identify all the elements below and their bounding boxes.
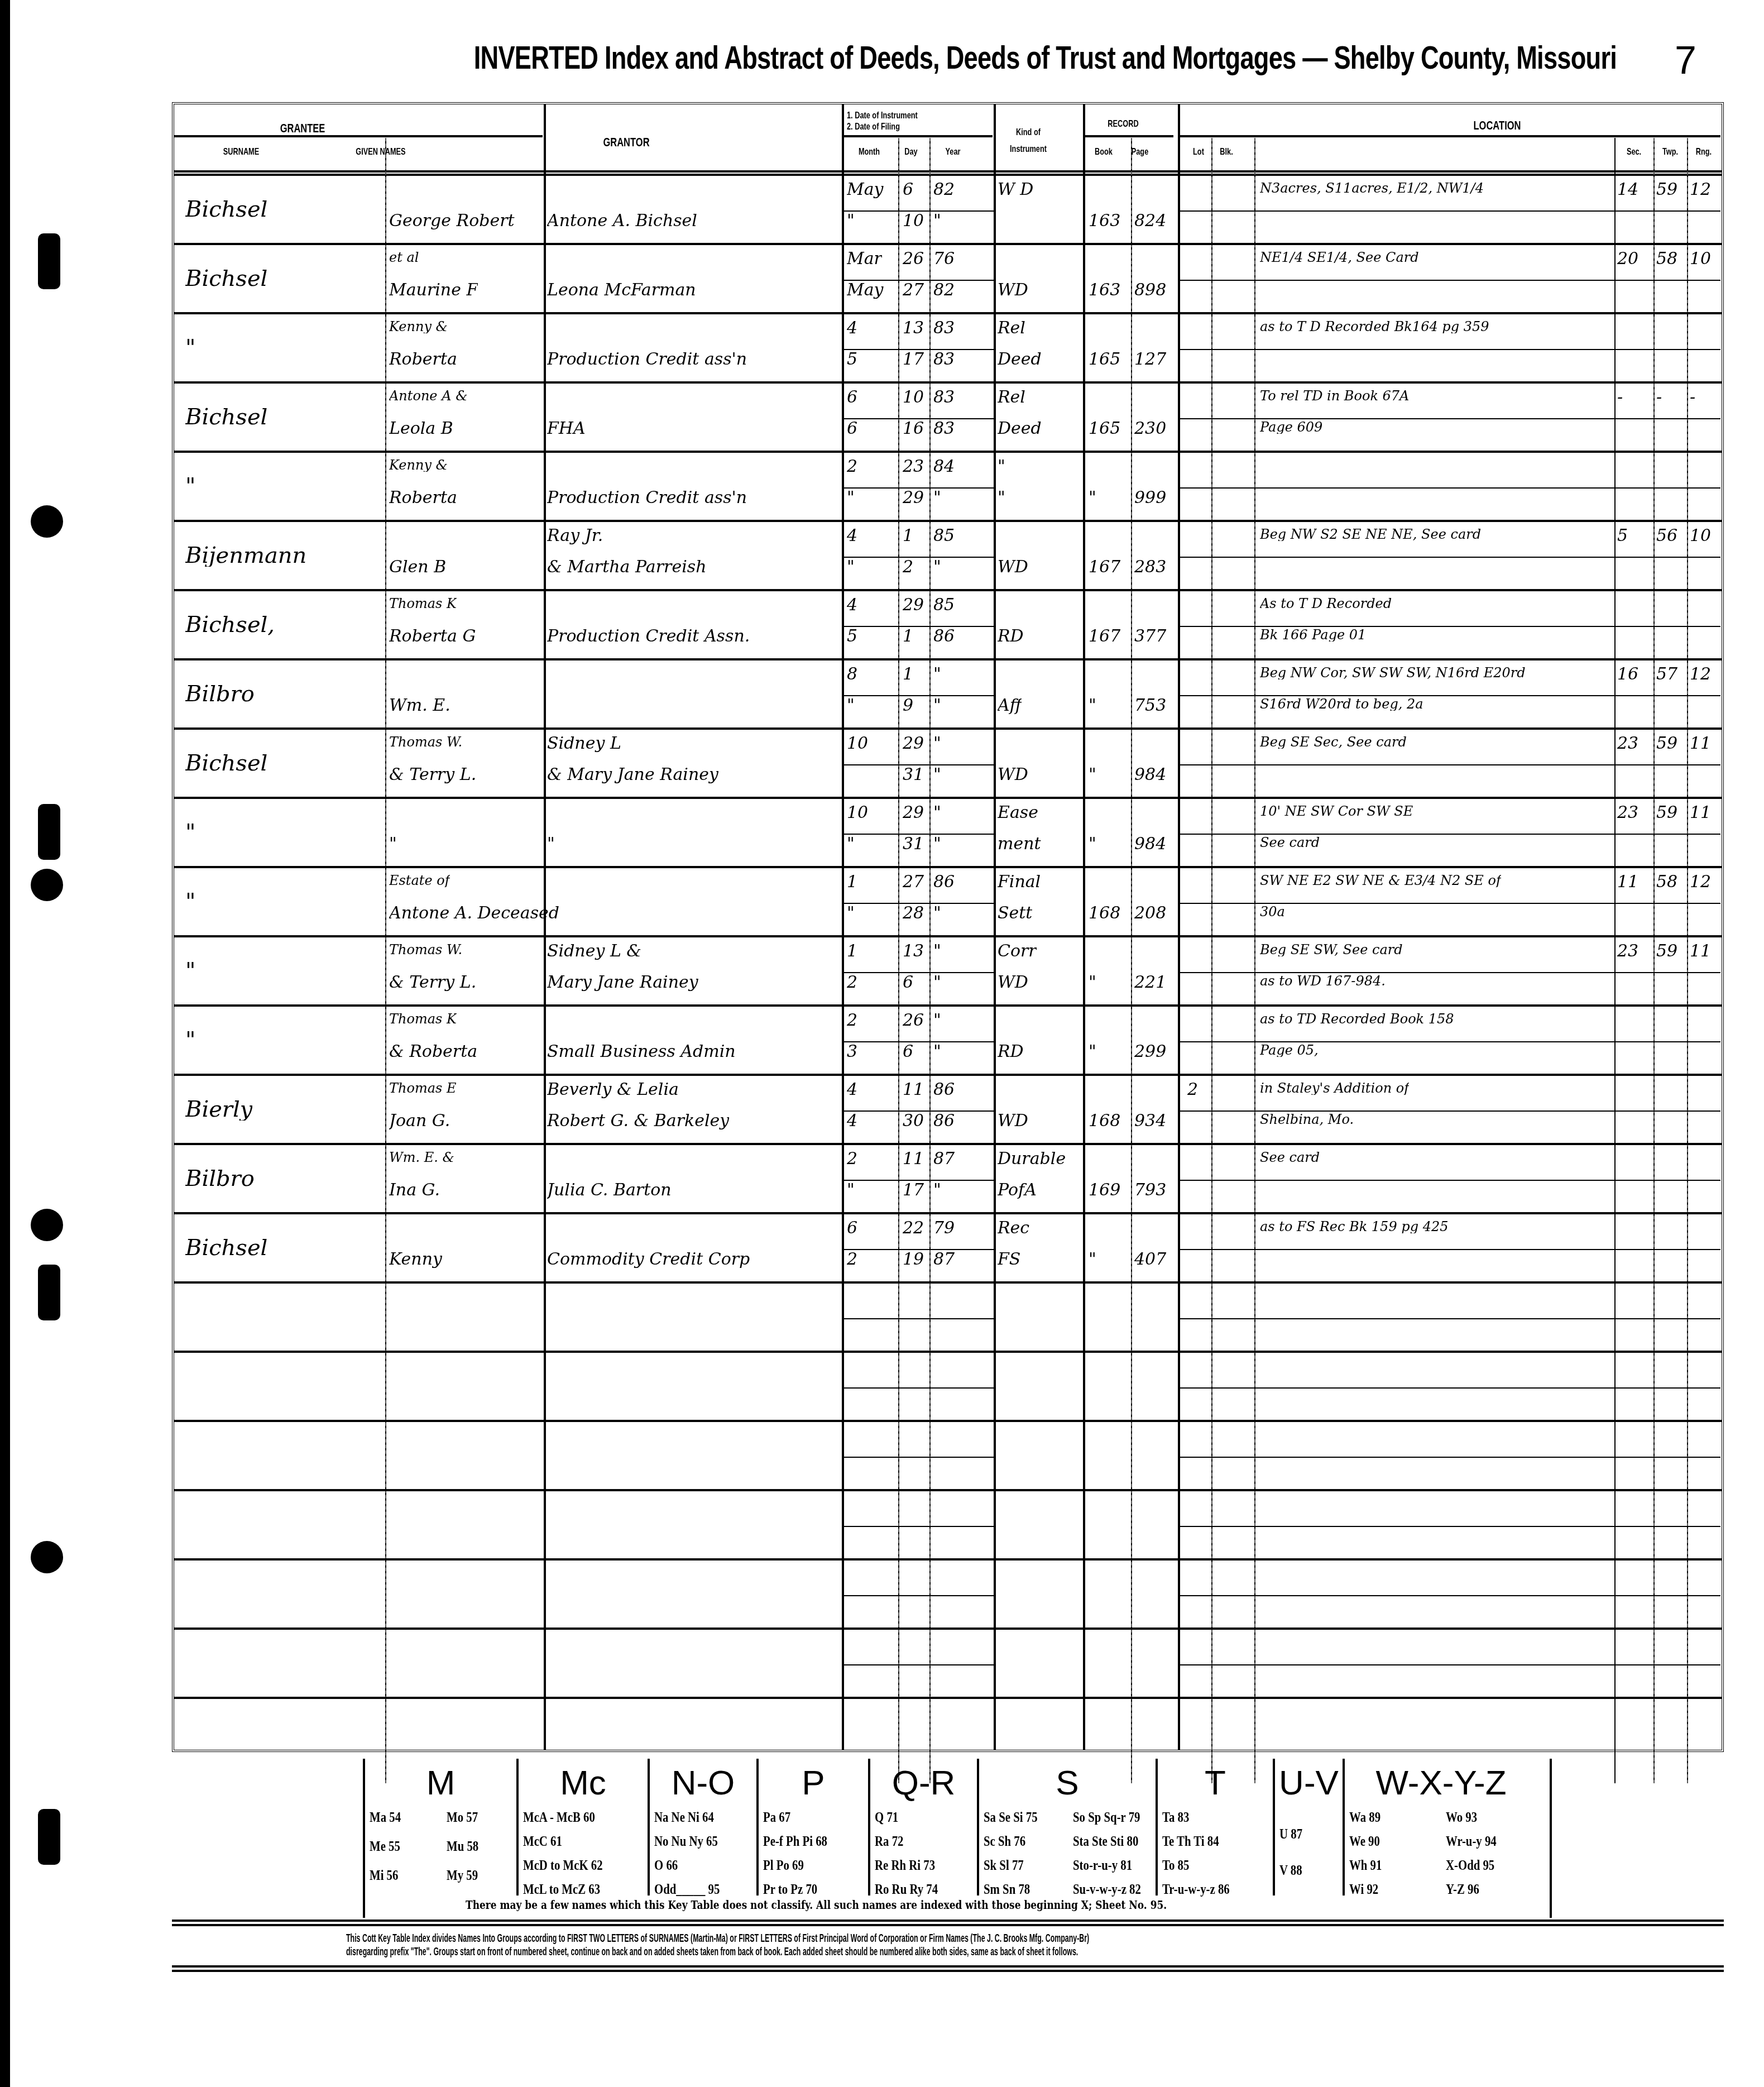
record-book: 163 bbox=[1089, 282, 1120, 299]
grantor-name: & Mary Jane Rainey bbox=[547, 767, 718, 783]
key-entry-prefix: Me bbox=[370, 1838, 386, 1854]
grantee-surname: Bichsel, bbox=[185, 614, 275, 636]
key-entry: Pl Po 69 bbox=[763, 1857, 804, 1874]
divider bbox=[1178, 557, 1720, 558]
instrument-year: 85 bbox=[933, 597, 955, 614]
header-twp: Twp. bbox=[1660, 146, 1681, 157]
location-sec: 14 bbox=[1617, 181, 1638, 198]
key-entry-sheet-number: 66 bbox=[666, 1857, 678, 1873]
key-entry: McD to McK 62 bbox=[523, 1857, 603, 1874]
key-entry-prefix: Y-Z bbox=[1446, 1881, 1465, 1897]
location-sec: 23 bbox=[1617, 735, 1638, 752]
key-entry: Sto-r-u-y 81 bbox=[1073, 1857, 1132, 1874]
instrument-day: 26 bbox=[903, 1012, 924, 1029]
location-description: Beg SE Sec, See card bbox=[1260, 735, 1407, 749]
divider bbox=[842, 903, 994, 904]
key-entry: Wi 92 bbox=[1349, 1881, 1378, 1898]
filing-year: " bbox=[933, 905, 941, 922]
instrument-year: " bbox=[933, 735, 941, 752]
table-row: Bichsel,Thomas KRoberta GProduction Cred… bbox=[174, 591, 1722, 660]
instrument-day: 6 bbox=[903, 181, 913, 198]
instrument-day: 23 bbox=[903, 458, 924, 475]
record-book: 165 bbox=[1089, 351, 1120, 368]
record-page: 793 bbox=[1134, 1182, 1166, 1199]
key-entry: Sta Ste Sti 80 bbox=[1073, 1833, 1138, 1850]
instrument-month: 4 bbox=[847, 597, 857, 614]
divider bbox=[172, 1924, 1724, 1926]
key-entry-sheet-number: 63 bbox=[588, 1881, 600, 1897]
filing-day: 9 bbox=[903, 697, 913, 714]
key-entry-sheet-number: 69 bbox=[792, 1857, 804, 1873]
grantee-given: & Terry L. bbox=[389, 767, 476, 783]
location-rng: 11 bbox=[1690, 735, 1711, 752]
header-month: Month bbox=[857, 146, 882, 157]
grantee-given: Antone A. Deceased bbox=[389, 905, 559, 922]
key-entry-sheet-number: 88 bbox=[1291, 1862, 1302, 1878]
instrument-month: 2 bbox=[847, 1151, 857, 1167]
key-entry-sheet-number: 84 bbox=[1207, 1833, 1219, 1849]
filing-day: 19 bbox=[903, 1251, 924, 1268]
key-entry-sheet-number: 91 bbox=[1370, 1857, 1382, 1873]
kind-bottom: FS bbox=[998, 1251, 1020, 1268]
header-day: Day bbox=[903, 146, 919, 157]
record-book: 165 bbox=[1089, 420, 1120, 437]
record-book: 168 bbox=[1089, 1113, 1120, 1129]
header-date-filing: 2. Date of Filing bbox=[847, 121, 931, 132]
punch-hole bbox=[31, 1209, 63, 1241]
record-page: 984 bbox=[1134, 767, 1166, 783]
location-description: Beg NW S2 SE NE NE, See card bbox=[1260, 528, 1481, 541]
header-sec: Sec. bbox=[1623, 146, 1645, 157]
instrument-year: " bbox=[933, 943, 941, 960]
key-entry-prefix: Na Ne Ni bbox=[654, 1809, 699, 1825]
key-entry-sheet-number: 80 bbox=[1127, 1833, 1139, 1849]
key-entry-prefix: Sta Ste Sti bbox=[1073, 1833, 1124, 1849]
location-description: as to FS Rec Bk 159 pg 425 bbox=[1260, 1220, 1448, 1233]
filing-month: 5 bbox=[847, 351, 857, 368]
header-grantee: GRANTEE bbox=[261, 121, 344, 136]
key-entry-sheet-number: 58 bbox=[467, 1838, 478, 1854]
instrument-month: 4 bbox=[847, 320, 857, 337]
key-entry: X-Odd 95 bbox=[1446, 1857, 1494, 1874]
instrument-day: 11 bbox=[903, 1081, 924, 1098]
location-twp: 57 bbox=[1656, 666, 1677, 683]
location-description: as to T D Recorded Bk164 pg 359 bbox=[1260, 320, 1489, 333]
key-entry-prefix: V bbox=[1279, 1862, 1288, 1878]
key-entry: Pa 67 bbox=[763, 1809, 790, 1826]
key-entry: Re Rh Ri 73 bbox=[875, 1857, 935, 1874]
key-group: N-ONa Ne Ni 64No Nu Ny 65O 66Odd_____ 95 bbox=[650, 1759, 759, 1895]
location-description-cont: 30a bbox=[1260, 905, 1285, 918]
instrument-year: 82 bbox=[933, 181, 955, 198]
key-group: U-VU 87V 88 bbox=[1275, 1759, 1345, 1895]
location-sec: 20 bbox=[1617, 251, 1638, 267]
record-page: 127 bbox=[1134, 351, 1166, 368]
kind-bottom: RD bbox=[998, 628, 1024, 645]
filing-month: " bbox=[847, 905, 855, 922]
header-surname: SURNAME bbox=[199, 146, 283, 157]
key-entry-prefix: Pr to Pz bbox=[763, 1881, 803, 1897]
grantee-given-top: Kenny & bbox=[389, 458, 448, 472]
key-entry-sheet-number: 82 bbox=[1129, 1881, 1141, 1897]
grantee-given-top: et al bbox=[389, 251, 419, 264]
instrument-month: 1 bbox=[847, 943, 857, 960]
kind-top: W D bbox=[998, 181, 1033, 198]
kind-top: Rel bbox=[998, 389, 1025, 406]
key-group: SSa Se Si 75Sc Sh 76Sk Sl 77Sm Sn 78So S… bbox=[979, 1759, 1158, 1895]
divider bbox=[842, 557, 994, 558]
divider bbox=[172, 1970, 1724, 1972]
divider bbox=[842, 1595, 994, 1596]
key-entry: Mi 56 bbox=[370, 1867, 398, 1884]
divider bbox=[1178, 834, 1720, 835]
divider bbox=[842, 626, 994, 627]
punch-hole bbox=[31, 505, 63, 538]
header-date-instrument: 1. Date of Instrument bbox=[847, 110, 931, 121]
key-group: PPa 67Pe-f Ph Pi 68Pl Po 69Pr to Pz 70 bbox=[759, 1759, 870, 1895]
table-row: BichselGeorge RobertAntone A. BichselMay… bbox=[174, 176, 1722, 245]
location-sec: 11 bbox=[1617, 874, 1638, 891]
kind-top: Ease bbox=[998, 805, 1038, 821]
instrument-year: 86 bbox=[933, 874, 955, 891]
key-entry-prefix: So Sp Sq-r bbox=[1073, 1809, 1125, 1825]
record-book: " bbox=[1089, 767, 1096, 783]
key-entry-prefix: Odd_____ bbox=[654, 1881, 705, 1897]
table-row bbox=[174, 1630, 1722, 1699]
divider bbox=[842, 1041, 994, 1042]
record-page: 208 bbox=[1134, 905, 1166, 922]
instrument-month: 8 bbox=[847, 666, 857, 683]
grantee-surname: Bilbro bbox=[185, 683, 255, 705]
divider bbox=[842, 487, 994, 489]
grantor-name: Julia C. Barton bbox=[547, 1182, 672, 1199]
location-twp: 56 bbox=[1656, 528, 1677, 544]
key-entry-sheet-number: 60 bbox=[583, 1809, 595, 1825]
grantee-surname: Bichsel bbox=[185, 752, 267, 774]
divider bbox=[842, 280, 994, 281]
grantee-surname: Bierly bbox=[185, 1098, 252, 1121]
grantee-given: Roberta bbox=[389, 351, 457, 368]
filing-month: 2 bbox=[847, 1251, 857, 1268]
divider bbox=[1178, 1526, 1720, 1527]
divider bbox=[842, 349, 994, 350]
filing-year: " bbox=[933, 490, 941, 506]
record-book: " bbox=[1089, 490, 1096, 506]
kind-bottom: Deed bbox=[998, 351, 1042, 368]
instrument-month: May bbox=[847, 181, 884, 198]
header-instrument: Instrument bbox=[1003, 143, 1053, 155]
grantor-name: Production Credit ass'n bbox=[547, 351, 747, 368]
grantor-name: Production Credit ass'n bbox=[547, 490, 747, 506]
instrument-year: 84 bbox=[933, 458, 955, 475]
key-entry: Mu 58 bbox=[447, 1838, 478, 1855]
key-entry: Tr-u-w-y-z 86 bbox=[1162, 1881, 1230, 1898]
filing-day: 16 bbox=[903, 420, 924, 437]
grantor-name: Commodity Credit Corp bbox=[547, 1251, 750, 1268]
record-page: 934 bbox=[1134, 1113, 1166, 1129]
divider bbox=[1178, 972, 1720, 973]
record-page: 984 bbox=[1134, 836, 1166, 853]
key-entry: To 85 bbox=[1162, 1857, 1189, 1874]
record-page: 898 bbox=[1134, 282, 1166, 299]
key-entry: My 59 bbox=[447, 1867, 478, 1884]
key-entry: Su-v-w-y-z 82 bbox=[1073, 1881, 1141, 1898]
instrument-day: 27 bbox=[903, 874, 924, 891]
key-entry: Mo 57 bbox=[447, 1809, 478, 1826]
header-rng: Rng. bbox=[1695, 146, 1712, 157]
table-row: BierlyThomas EJoan G.Beverly & LeliaRobe… bbox=[174, 1076, 1722, 1145]
grantee-given: & Roberta bbox=[389, 1043, 477, 1060]
divider bbox=[1178, 1110, 1720, 1112]
key-entry: Wa 89 bbox=[1349, 1809, 1380, 1826]
punch-hole bbox=[38, 1265, 60, 1320]
table-row: "Kenny &RobertaProduction Credit ass'n41… bbox=[174, 314, 1722, 384]
divider bbox=[1178, 1457, 1720, 1458]
record-book: " bbox=[1089, 1043, 1096, 1060]
divider bbox=[842, 1318, 994, 1319]
table-row bbox=[174, 1422, 1722, 1491]
key-entry-sheet-number: 64 bbox=[702, 1809, 714, 1825]
divider bbox=[1178, 695, 1720, 696]
key-entry-sheet-number: 95 bbox=[708, 1881, 720, 1897]
filing-day: 6 bbox=[903, 974, 913, 991]
grantee-given: Roberta bbox=[389, 490, 457, 506]
key-group: W-X-Y-ZWa 89We 90Wh 91Wi 92Wo 93Wr-u-y 9… bbox=[1345, 1759, 1537, 1895]
header-lot: Lot bbox=[1190, 146, 1207, 157]
grantee-given-top: Antone A & bbox=[389, 389, 468, 403]
grantor-name: & Martha Parreish bbox=[547, 559, 706, 576]
key-entry-prefix: Pl Po bbox=[763, 1857, 789, 1873]
location-sec: 5 bbox=[1617, 528, 1628, 544]
location-description: As to T D Recorded bbox=[1260, 597, 1392, 610]
grantee-given: Roberta G bbox=[389, 628, 476, 645]
kind-bottom: " bbox=[998, 490, 1005, 506]
kind-bottom: Aff bbox=[998, 697, 1022, 714]
grantee-given-top: Thomas K bbox=[389, 1012, 457, 1026]
grantor-top: Sidney L bbox=[547, 735, 621, 752]
divider bbox=[174, 1697, 1722, 1699]
table-row bbox=[174, 1353, 1722, 1422]
key-entry-prefix: Su-v-w-y-z bbox=[1073, 1881, 1127, 1897]
key-entry: Sk Sl 77 bbox=[984, 1857, 1024, 1874]
key-entry-prefix: Wr-u-y bbox=[1446, 1833, 1482, 1849]
divider bbox=[842, 1526, 994, 1527]
key-group: Q-RQ 71Ra 72Re Rh Ri 73Ro Ru Ry 74 bbox=[870, 1759, 979, 1895]
divider bbox=[1178, 1180, 1720, 1181]
key-entry-prefix: X-Odd bbox=[1446, 1857, 1480, 1873]
filing-day: 27 bbox=[903, 282, 924, 299]
key-entry-sheet-number: 55 bbox=[389, 1838, 400, 1854]
key-group-letter: W-X-Y-Z bbox=[1345, 1763, 1537, 1803]
table-row: "Estate ofAntone A. Deceased12786"28"Fin… bbox=[174, 868, 1722, 937]
divider bbox=[1084, 135, 1173, 137]
record-book: 167 bbox=[1089, 559, 1120, 576]
divider bbox=[842, 135, 993, 137]
filing-year: " bbox=[933, 767, 941, 783]
filing-year: " bbox=[933, 1182, 941, 1199]
location-description-cont: Page 05, bbox=[1260, 1043, 1319, 1057]
key-entry-sheet-number: 78 bbox=[1018, 1881, 1030, 1897]
key-entry-sheet-number: 76 bbox=[1014, 1833, 1025, 1849]
instrument-year: 86 bbox=[933, 1081, 955, 1098]
key-group-letter: P bbox=[759, 1763, 868, 1803]
filing-month: " bbox=[847, 490, 855, 506]
location-lot: 2 bbox=[1187, 1081, 1198, 1098]
filing-month: " bbox=[847, 559, 855, 576]
key-entry: Wr-u-y 94 bbox=[1446, 1833, 1497, 1850]
key-entry-prefix: Ma bbox=[370, 1809, 386, 1825]
divider bbox=[1178, 1664, 1720, 1665]
punch-hole bbox=[31, 869, 63, 901]
grantor-name: Production Credit Assn. bbox=[547, 628, 750, 645]
instrument-day: 29 bbox=[903, 597, 924, 614]
record-book: " bbox=[1089, 697, 1096, 714]
location-twp: 59 bbox=[1656, 943, 1677, 960]
binding-edge bbox=[0, 0, 10, 2087]
key-entry-prefix: Sk Sl bbox=[984, 1857, 1009, 1873]
divider bbox=[1178, 626, 1720, 627]
record-book: " bbox=[1089, 974, 1096, 991]
key-entry-sheet-number: 67 bbox=[779, 1809, 790, 1825]
location-twp: 58 bbox=[1656, 874, 1677, 891]
filing-year: 87 bbox=[933, 1251, 955, 1268]
location-twp: - bbox=[1656, 389, 1662, 406]
filing-year: 83 bbox=[933, 420, 955, 437]
key-entry-prefix: O bbox=[654, 1857, 663, 1873]
filing-month: 5 bbox=[847, 628, 857, 645]
instrument-year: 85 bbox=[933, 528, 955, 544]
table-row bbox=[174, 1491, 1722, 1561]
table-row: BilbroWm. E. &Ina G.Julia C. Barton21187… bbox=[174, 1145, 1722, 1214]
key-group-letter: S bbox=[979, 1763, 1156, 1803]
key-entry-prefix: Ta bbox=[1162, 1809, 1175, 1825]
key-entry-sheet-number: 72 bbox=[892, 1833, 904, 1849]
key-entry-sheet-number: 70 bbox=[806, 1881, 817, 1897]
key-entry-sheet-number: 62 bbox=[591, 1857, 603, 1873]
instrument-year: 83 bbox=[933, 320, 955, 337]
key-entry-prefix: Sa Se Si bbox=[984, 1809, 1023, 1825]
kind-top: Rec bbox=[998, 1220, 1029, 1237]
key-entry-prefix: Tr-u-w-y-z bbox=[1162, 1881, 1215, 1897]
divider bbox=[842, 210, 994, 212]
kind-top: Corr bbox=[998, 943, 1037, 960]
instrument-year: 87 bbox=[933, 1151, 955, 1167]
key-entry: McC 61 bbox=[523, 1833, 562, 1850]
instrument-month: 2 bbox=[847, 458, 857, 475]
header-location: LOCATION bbox=[1455, 118, 1539, 133]
divider bbox=[842, 834, 994, 835]
filing-month: " bbox=[847, 836, 855, 853]
filing-month: " bbox=[847, 213, 855, 229]
location-description: Beg SE SW, See card bbox=[1260, 943, 1403, 956]
key-entry: Y-Z 96 bbox=[1446, 1881, 1479, 1898]
divider bbox=[1178, 903, 1720, 904]
grantee-given-top: Wm. E. & bbox=[389, 1151, 454, 1164]
key-group: MMa 54Me 55Mi 56Mo 57Mu 58My 59 bbox=[365, 1759, 519, 1895]
divider bbox=[842, 764, 994, 765]
kind-top: Final bbox=[998, 874, 1041, 891]
key-entry-prefix: My bbox=[447, 1867, 463, 1883]
key-entry-prefix: Pe-f Ph Pi bbox=[763, 1833, 813, 1849]
divider bbox=[842, 1249, 994, 1250]
key-entry-sheet-number: 94 bbox=[1484, 1833, 1496, 1849]
key-entry: Sm Sn 78 bbox=[984, 1881, 1030, 1898]
key-entry: Ro Ru Ry 74 bbox=[875, 1881, 938, 1898]
filing-year: " bbox=[933, 974, 941, 991]
grantee-given: George Robert bbox=[389, 213, 515, 229]
grantee-surname: " bbox=[185, 821, 195, 844]
key-entry: Te Th Ti 84 bbox=[1162, 1833, 1219, 1850]
filing-month: May bbox=[847, 282, 884, 299]
table-row bbox=[174, 1561, 1722, 1630]
key-entry-prefix: Mo bbox=[447, 1809, 463, 1825]
punch-hole bbox=[31, 1541, 63, 1573]
key-entry: So Sp Sq-r 79 bbox=[1073, 1809, 1140, 1826]
location-description: N3acres, S11acres, E1/2, NW1/4 bbox=[1260, 181, 1484, 195]
key-entry-sheet-number: 61 bbox=[550, 1833, 562, 1849]
grantee-given-top: Thomas W. bbox=[389, 943, 462, 956]
divider bbox=[1178, 1387, 1720, 1389]
grantor-name: Robert G. & Barkeley bbox=[547, 1113, 729, 1129]
key-group-letter: U-V bbox=[1275, 1763, 1343, 1803]
divider bbox=[1178, 1318, 1720, 1319]
grantee-given: Leola B bbox=[389, 420, 453, 437]
grantee-surname: " bbox=[185, 1029, 195, 1051]
table-row: BichselAntone A &Leola BFHA6108361683Rel… bbox=[174, 384, 1722, 453]
key-group-letter: M bbox=[365, 1763, 516, 1803]
location-rng: 12 bbox=[1690, 181, 1711, 198]
key-entry: Sc Sh 76 bbox=[984, 1833, 1025, 1850]
header-record: RECORD bbox=[1098, 118, 1148, 130]
filing-month: 4 bbox=[847, 1113, 857, 1129]
location-sec: 23 bbox=[1617, 805, 1638, 821]
kind-bottom: RD bbox=[998, 1043, 1024, 1060]
key-entry-prefix: Re Rh Ri bbox=[875, 1857, 921, 1873]
grantor-name: Mary Jane Rainey bbox=[547, 974, 698, 991]
key-entry-prefix: McC bbox=[523, 1833, 548, 1849]
punch-hole bbox=[38, 1809, 60, 1865]
record-book: " bbox=[1089, 836, 1096, 853]
grantee-given-top: Thomas W. bbox=[389, 735, 462, 749]
key-entry-sheet-number: 56 bbox=[387, 1867, 399, 1883]
key-entry: Sa Se Si 75 bbox=[984, 1809, 1038, 1826]
key-entry-prefix: Sc Sh bbox=[984, 1833, 1011, 1849]
divider bbox=[842, 1387, 994, 1389]
key-entry-prefix: Wo bbox=[1446, 1809, 1463, 1825]
key-entry-prefix: McL to McZ bbox=[523, 1881, 586, 1897]
divider bbox=[842, 1457, 994, 1458]
key-group-letter: Q-R bbox=[870, 1763, 977, 1803]
filing-year: 86 bbox=[933, 628, 955, 645]
instrument-day: 1 bbox=[903, 528, 913, 544]
location-rng: - bbox=[1690, 389, 1695, 406]
filing-day: 31 bbox=[903, 767, 924, 783]
grantee-surname: " bbox=[185, 475, 195, 497]
grantee-surname: Bichsel bbox=[185, 267, 267, 290]
filing-year: " bbox=[933, 559, 941, 576]
kind-top: " bbox=[998, 458, 1005, 475]
record-page: 221 bbox=[1134, 974, 1166, 991]
key-entry: Ma 54 bbox=[370, 1809, 401, 1826]
location-description-cont: as to WD 167-984. bbox=[1260, 974, 1386, 988]
filing-month: 2 bbox=[847, 974, 857, 991]
key-entry-sheet-number: 87 bbox=[1291, 1826, 1302, 1842]
key-entry-sheet-number: 79 bbox=[1129, 1809, 1140, 1825]
location-description: To rel TD in Book 67A bbox=[1260, 389, 1409, 403]
filing-year: 82 bbox=[933, 282, 955, 299]
key-entry: Q 71 bbox=[875, 1809, 898, 1826]
grantor-top: Sidney L & bbox=[547, 943, 641, 960]
